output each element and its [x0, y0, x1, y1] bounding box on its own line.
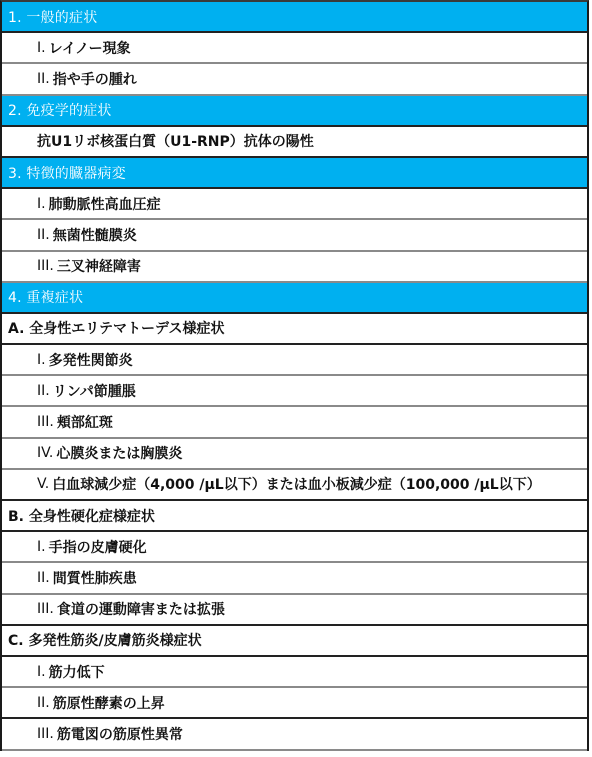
item-text: 肺動脈性高血圧症 [49, 194, 161, 214]
item-text: 多発性関節炎 [49, 350, 133, 370]
item-text: 筋原性酵素の上昇 [53, 693, 165, 713]
list-item: IV. 心膜炎または胸膜炎 [2, 439, 587, 470]
item-number: I. [37, 40, 46, 56]
section-title: 2. 免疫学的症状 [8, 100, 112, 120]
list-item: II. 指や手の腫れ [2, 64, 587, 95]
subsection-header-ssc: B. 全身性硬化症様症状 [2, 501, 587, 532]
item-number: II. [37, 71, 50, 87]
item-text: 無菌性髄膜炎 [53, 225, 137, 245]
list-item: II. リンパ節腫脹 [2, 376, 587, 407]
item-text: 筋力低下 [49, 662, 105, 682]
list-item: I. 多発性関節炎 [2, 345, 587, 376]
section-title: 1. 一般的症状 [8, 7, 97, 27]
list-item: V. 白血球減少症（4,000 /μL以下）または血小板減少症（100,000 … [2, 470, 587, 501]
subsection-title: A. 全身性エリテマトーデス様症状 [8, 318, 224, 338]
item-text: 間質性肺疾患 [53, 568, 137, 588]
subsection-header-sle: A. 全身性エリテマトーデス様症状 [2, 314, 587, 345]
item-text: レイノー現象 [49, 38, 131, 58]
section-title: 3. 特徴的臓器病変 [8, 163, 126, 183]
item-text: 心膜炎または胸膜炎 [56, 443, 182, 463]
item-number: III. [37, 726, 54, 742]
list-item: 抗U1リボ核蛋白質（U1-RNP）抗体の陽性 [2, 127, 587, 158]
item-text: 指や手の腫れ [53, 69, 137, 89]
item-number: I. [37, 664, 46, 680]
list-item: II. 間質性肺疾患 [2, 563, 587, 594]
item-text: リンパ節腫脹 [53, 381, 136, 401]
criteria-table: 1. 一般的症状 I. レイノー現象 II. 指や手の腫れ 2. 免疫学的症状 … [0, 0, 589, 751]
list-item: III. 三叉神経障害 [2, 252, 587, 283]
section-header-general: 1. 一般的症状 [2, 2, 587, 33]
list-item: III. 頬部紅斑 [2, 407, 587, 438]
item-text: 白血球減少症（4,000 /μL以下）または血小板減少症（100,000 /μL… [52, 474, 540, 494]
section-title: 4. 重複症状 [8, 287, 83, 307]
item-number: II. [37, 383, 50, 399]
subsection-title: B. 全身性硬化症様症状 [8, 506, 155, 526]
item-number: III. [37, 258, 54, 274]
list-item: II. 無菌性髄膜炎 [2, 220, 587, 251]
item-text: 筋電図の筋原性異常 [57, 724, 183, 744]
item-number: II. [37, 695, 50, 711]
subsection-title: C. 多発性筋炎/皮膚筋炎様症状 [8, 630, 202, 650]
item-number: I. [37, 539, 46, 555]
item-text: 頬部紅斑 [57, 412, 113, 432]
section-header-organ-lesions: 3. 特徴的臓器病変 [2, 158, 587, 189]
section-header-overlap: 4. 重複症状 [2, 283, 587, 314]
item-number: II. [37, 227, 50, 243]
list-item: I. レイノー現象 [2, 33, 587, 64]
item-number: I. [37, 196, 46, 212]
section-header-immunological: 2. 免疫学的症状 [2, 96, 587, 127]
item-text: 三叉神経障害 [57, 256, 141, 276]
item-number: I. [37, 352, 46, 368]
list-item: I. 肺動脈性高血圧症 [2, 189, 587, 220]
item-number: II. [37, 570, 50, 586]
item-text: 食道の運動障害または拡張 [57, 599, 225, 619]
item-number: III. [37, 601, 54, 617]
list-item: I. 手指の皮膚硬化 [2, 532, 587, 563]
item-text: 抗U1リボ核蛋白質（U1-RNP）抗体の陽性 [37, 131, 314, 151]
list-item: II. 筋原性酵素の上昇 [2, 688, 587, 719]
item-text: 手指の皮膚硬化 [49, 537, 147, 557]
list-item: III. 筋電図の筋原性異常 [2, 719, 587, 750]
item-number: V. [37, 476, 49, 492]
item-number: III. [37, 414, 54, 430]
item-number: IV. [37, 445, 53, 461]
list-item: I. 筋力低下 [2, 657, 587, 688]
subsection-header-pm-dm: C. 多発性筋炎/皮膚筋炎様症状 [2, 626, 587, 657]
list-item: III. 食道の運動障害または拡張 [2, 595, 587, 626]
